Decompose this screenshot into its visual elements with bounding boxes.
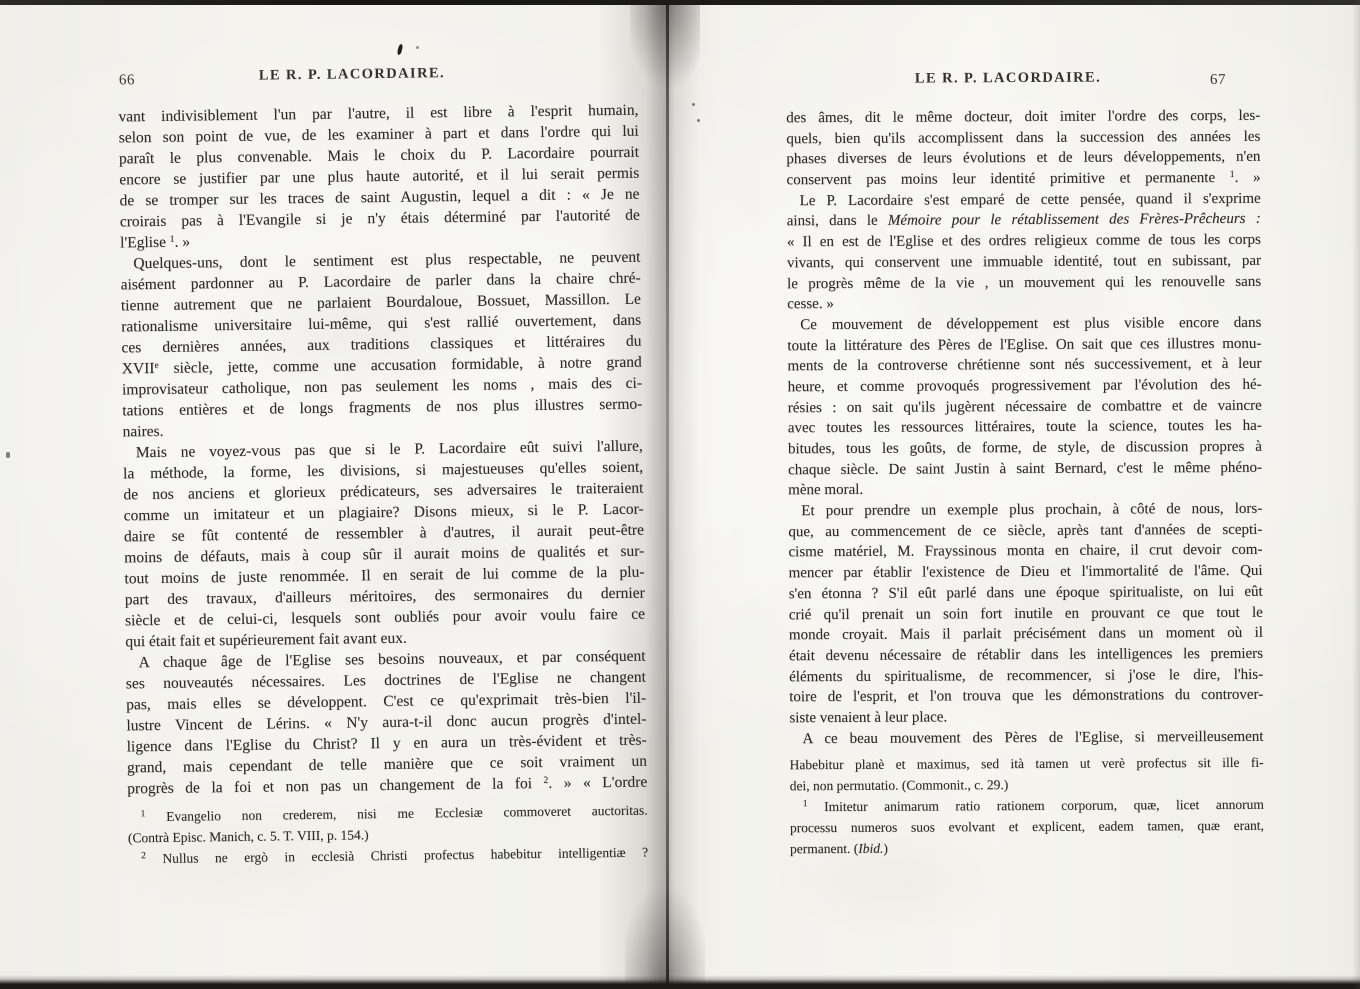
- text-line: siste venaient à leur place.: [789, 706, 1263, 729]
- text-line: quels, bien qu'ils accomplissent dans la…: [786, 126, 1260, 149]
- text-line: permanent. (Ibid.): [790, 836, 1264, 859]
- text-line: bitudes, tous les goûts, de forme, de st…: [788, 437, 1262, 460]
- scan-bottom-edge: [0, 975, 1360, 989]
- text-line: Habebitur planè et maximus, sed ità tame…: [790, 752, 1264, 775]
- paragraph: Habebitur planè et maximus, sed ità tame…: [790, 752, 1264, 796]
- paragraph: Le P. Lacordaire s'est emparé de cette p…: [787, 189, 1262, 316]
- ink-mark: [397, 44, 404, 56]
- scan-right-edge: [1352, 0, 1360, 989]
- page-header-right: LE R. P. LACORDAIRE. 67: [786, 63, 1260, 108]
- gutter-top-shadow: [630, 0, 700, 130]
- text-line: A ce beau mouvement des Pères de l'Eglis…: [789, 726, 1263, 749]
- page-number-right: 67: [1210, 72, 1226, 89]
- paragraph: Ce mouvement de développement est plus v…: [787, 313, 1262, 502]
- text-line: phases diverses de leurs évolutions et d…: [786, 147, 1260, 170]
- text-line: s'en étonna ? S'il eût parlé dans une ép…: [789, 582, 1263, 605]
- text-line: des âmes, dit le même docteur, doit imit…: [786, 106, 1260, 129]
- text-line: ments de la controverse chrétienne sont …: [787, 354, 1261, 377]
- paragraph: A chaque âge de l'Eglise ses besoins nou…: [125, 646, 647, 800]
- text-line: ainsi, dans le Mémoire pour le rétabliss…: [787, 209, 1261, 232]
- text-line: Ce mouvement de développement est plus v…: [787, 313, 1261, 336]
- text-line: vivants, qui conservent une immuable ide…: [787, 251, 1261, 274]
- text-line: Le P. Lacordaire s'est emparé de cette p…: [787, 189, 1261, 212]
- page-left: 66 LE R. P. LACORDAIRE. vant indivisible…: [118, 57, 649, 870]
- text-line: chaque siècle. De saint Justin à saint B…: [788, 457, 1262, 480]
- body-text-left: vant indivisiblement l'un par l'autre, i…: [118, 100, 647, 800]
- paper-speck: [692, 103, 695, 106]
- text-line: processu numeros suos evolvant et explic…: [790, 815, 1264, 838]
- paragraph: des âmes, dit le même docteur, doit imit…: [786, 106, 1260, 191]
- text-line: mène moral.: [788, 478, 1262, 501]
- footnotes-right: Habebitur planè et maximus, sed ità tame…: [790, 752, 1265, 859]
- page-right: LE R. P. LACORDAIRE. 67 des âmes, dit le…: [786, 63, 1264, 860]
- text-line: 1 Imitetur animarum ratio rationem corpo…: [790, 794, 1264, 817]
- text-line: éléments du spiritualisme, de recommence…: [789, 664, 1263, 687]
- text-line: heure, et comme provoqués progressivemen…: [788, 375, 1262, 398]
- text-line: toire de l'esprit, et l'on trouva que le…: [789, 685, 1263, 708]
- text-line: que, au commencement de ce siècle, après…: [788, 520, 1262, 543]
- page-header-left: 66 LE R. P. LACORDAIRE.: [118, 57, 639, 107]
- text-line: « Il en est de l'Eglise et des ordres re…: [787, 230, 1261, 253]
- text-line: monde croyait. Mais il parlait préciséme…: [789, 623, 1263, 646]
- scan-top-edge: [0, 0, 1360, 5]
- text-line: crié qu'il prenait un soin fort inutile …: [789, 602, 1263, 625]
- text-line: Et pour prendre un exemple plus prochain…: [788, 499, 1262, 522]
- book-scan: 66 LE R. P. LACORDAIRE. vant indivisible…: [0, 0, 1360, 989]
- text-line: résies : on sait qu'ils jugèrent nécessa…: [788, 395, 1262, 418]
- text-line: dei, non permutatio. (Commonit., c. 29.): [790, 773, 1264, 796]
- ink-dot: [416, 46, 419, 49]
- paragraph: 1 Imitetur animarum ratio rationem corpo…: [790, 794, 1264, 859]
- paragraph: 1 Evangelio non crederem, nisi me Eccles…: [127, 800, 648, 849]
- paragraph: Quelques-uns, dont le sentiment est plus…: [120, 247, 642, 443]
- paper-speck: [6, 452, 10, 458]
- text-line: conservent pas moins leur identité primi…: [786, 168, 1260, 191]
- running-title-left: LE R. P. LACORDAIRE.: [92, 63, 612, 87]
- paragraph: vant indivisiblement l'un par l'autre, i…: [118, 100, 640, 254]
- body-text-right: des âmes, dit le même docteur, doit imit…: [786, 106, 1263, 750]
- text-line: toute la littérature des Pères de l'Egli…: [787, 333, 1261, 356]
- text-line: le progrès même de la vie , un mouvement…: [787, 271, 1261, 294]
- paper-speck: [697, 119, 700, 122]
- text-line: cesse. »: [787, 292, 1261, 315]
- footnotes-left: 1 Evangelio non crederem, nisi me Eccles…: [127, 800, 648, 870]
- text-line: cisme matériel, M. Frayssinous monta en …: [788, 540, 1262, 563]
- gutter-crease: [666, 0, 669, 989]
- paragraph: A ce beau mouvement des Pères de l'Eglis…: [789, 726, 1263, 749]
- text-line: avec toutes les ressources littéraires, …: [788, 416, 1262, 439]
- paragraph: Mais ne voyez-vous pas que si le P. Laco…: [123, 436, 646, 653]
- text-line: mencer par établir l'existence de Dieu e…: [789, 561, 1263, 584]
- text-line: était devenu nécessaire de rétablir dans…: [789, 644, 1263, 667]
- running-title-right: LE R. P. LACORDAIRE.: [771, 69, 1245, 88]
- paragraph: Et pour prendre un exemple plus prochain…: [788, 499, 1263, 729]
